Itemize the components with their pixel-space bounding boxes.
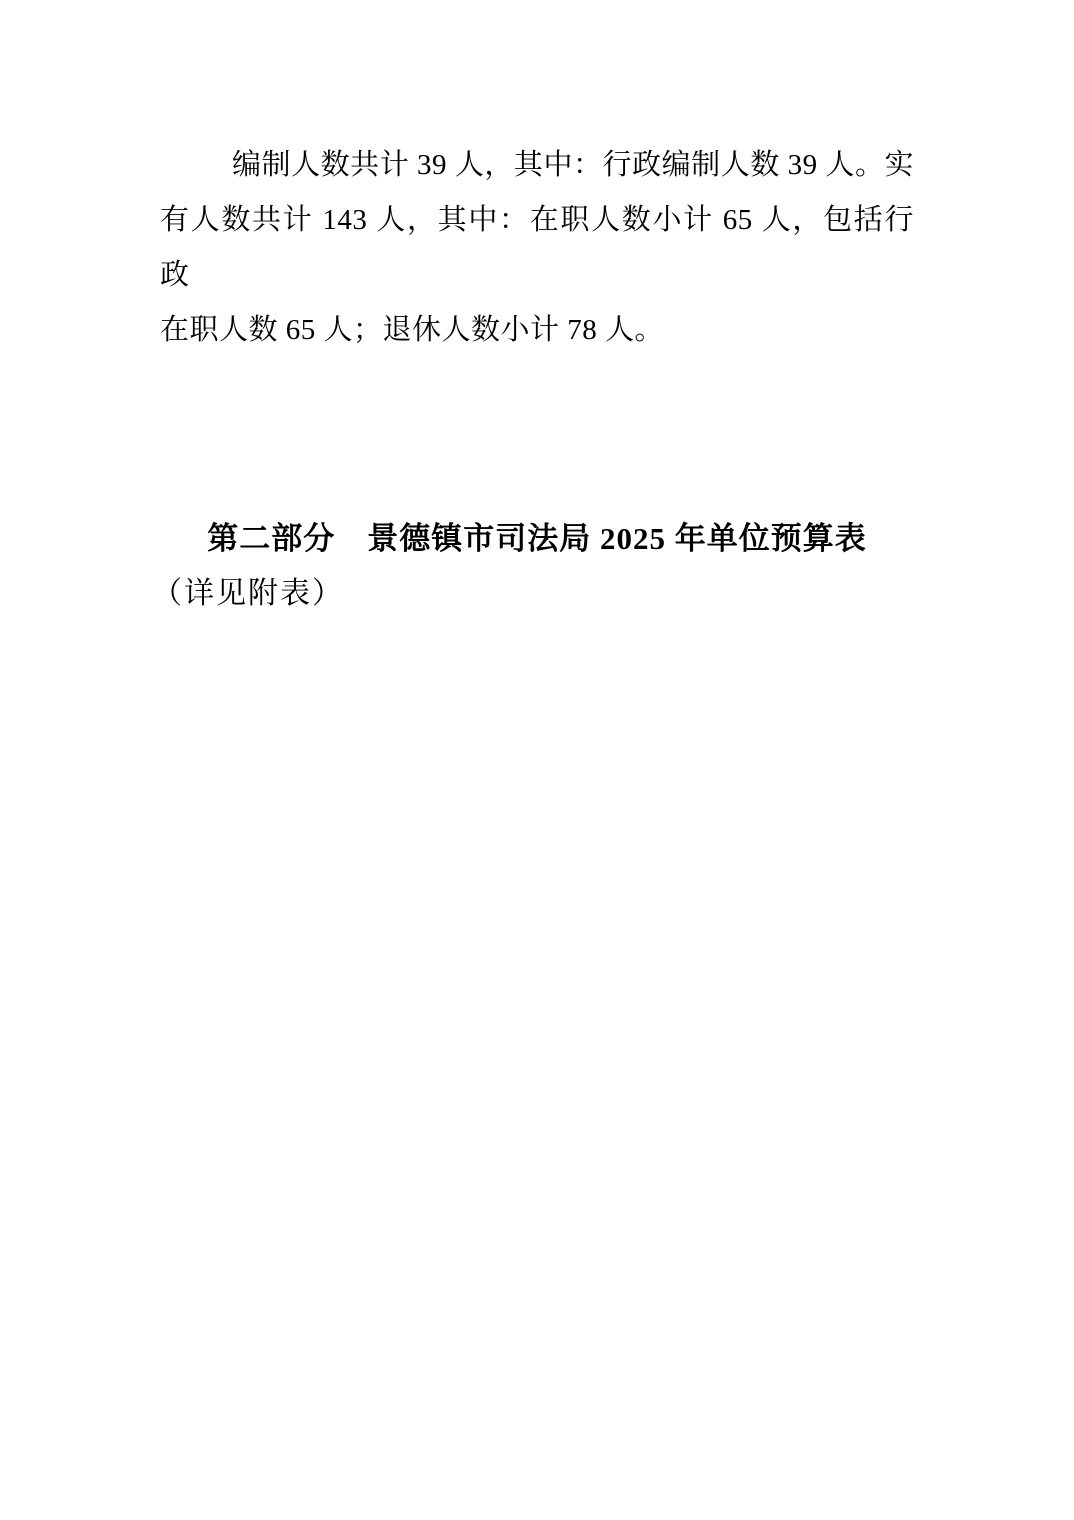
section-heading: 第二部分 景德镇市司法局 2025 年单位预算表: [0, 511, 1074, 566]
see-attachment-note: （详见附表）: [152, 566, 344, 621]
paragraph-line-2: 有人数共计 143 人，其中：在职人数小计 65 人，包括行政: [160, 193, 914, 303]
staffing-paragraph: 编制人数共计 39 人，其中：行政编制人数 39 人。实 有人数共计 143 人…: [160, 138, 914, 358]
paragraph-line-3: 在职人数 65 人；退休人数小计 78 人。: [160, 303, 914, 358]
paragraph-line-1: 编制人数共计 39 人，其中：行政编制人数 39 人。实: [160, 138, 914, 193]
document-page: 编制人数共计 39 人，其中：行政编制人数 39 人。实 有人数共计 143 人…: [0, 0, 1074, 1520]
